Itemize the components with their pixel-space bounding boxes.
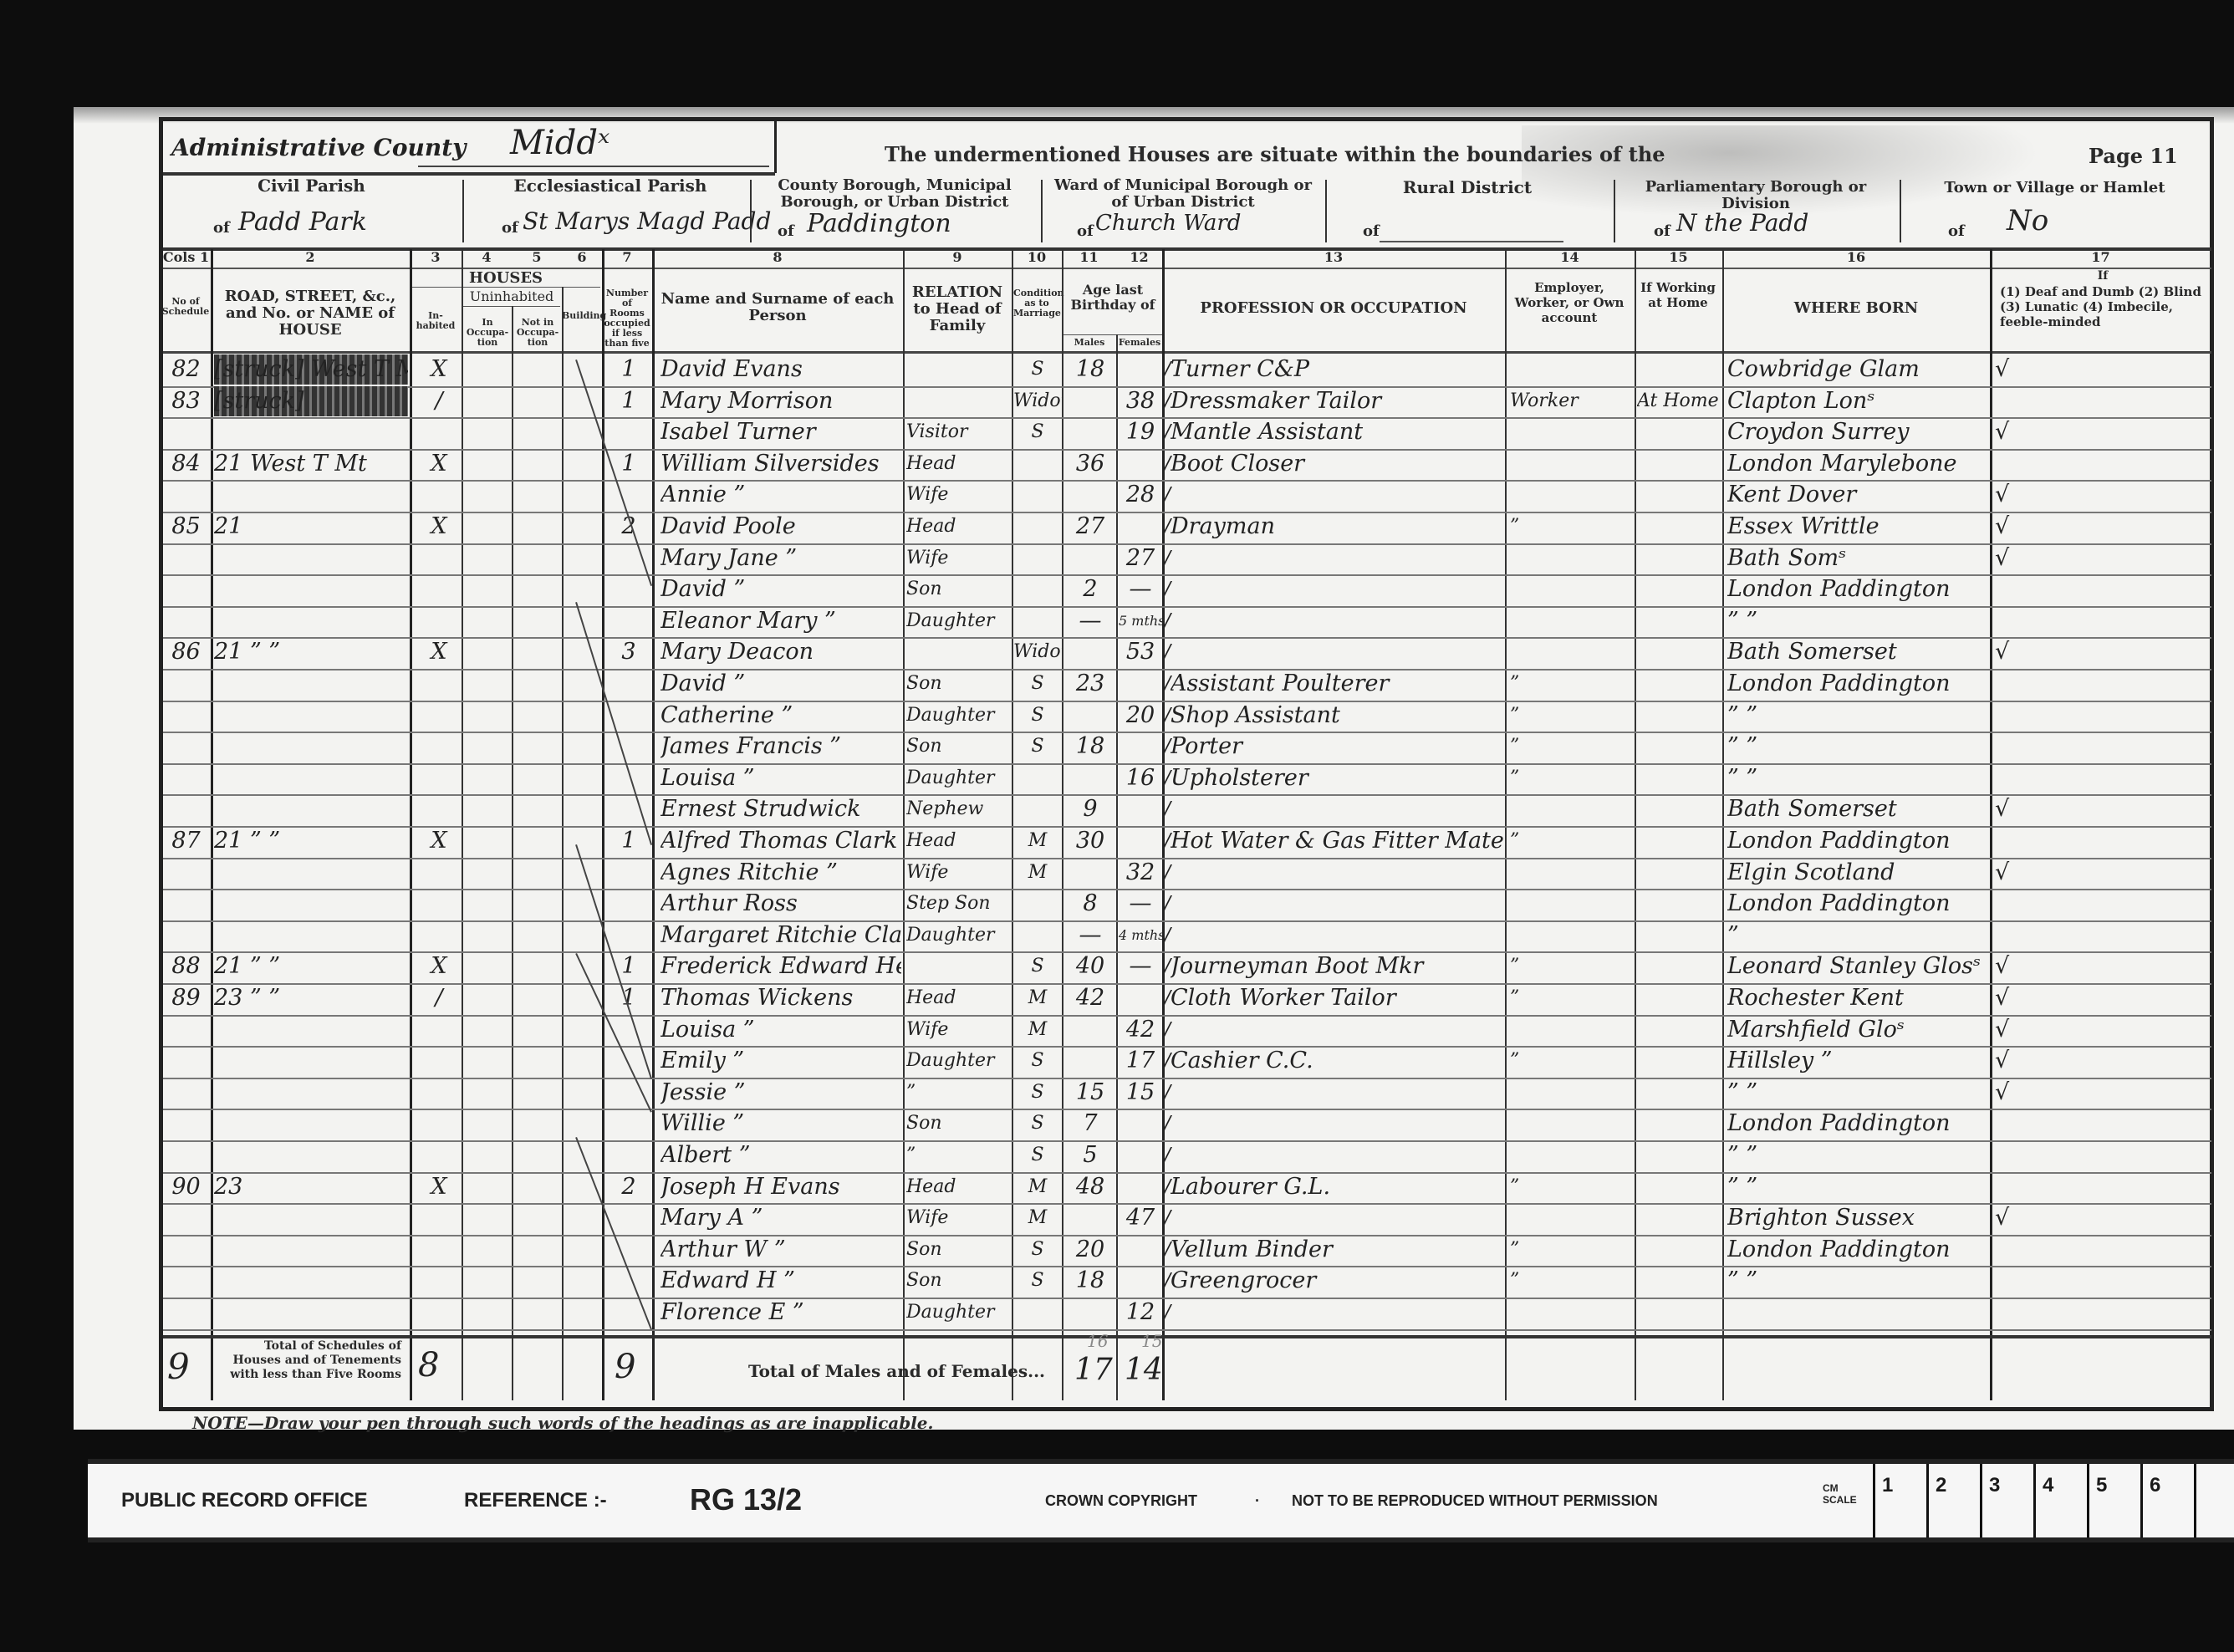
age-male: 7 bbox=[1065, 1109, 1115, 1139]
age-male: 5 bbox=[1065, 1140, 1115, 1170]
total-schedules: 9 bbox=[167, 1346, 190, 1387]
person-name: Catherine ” bbox=[661, 701, 901, 731]
column-number: 16 bbox=[1722, 249, 1990, 265]
header-relation: RELATION to Head of Family bbox=[905, 284, 1010, 334]
employment-status: ” bbox=[1510, 669, 1634, 699]
rural-district-label: Rural District bbox=[1329, 177, 1605, 197]
enumerator-check-icon: / bbox=[1164, 386, 1176, 416]
relation: Daughter bbox=[906, 1298, 1010, 1328]
enumerator-check-icon: / bbox=[1164, 732, 1176, 762]
admin-county-label: Administrative County bbox=[171, 134, 466, 161]
infirmity-tick: √ bbox=[1995, 512, 2045, 542]
cm-scale-mark bbox=[2194, 1464, 2234, 1537]
age-female: — bbox=[1119, 951, 1162, 982]
cm-scale-mark: 4 bbox=[2033, 1464, 2085, 1537]
column-line bbox=[1116, 334, 1118, 1400]
ward-value: Church Ward bbox=[1095, 211, 1241, 236]
of-label: of bbox=[1948, 222, 1965, 240]
infirmity-tick: √ bbox=[1995, 951, 2045, 982]
age-female: 27 bbox=[1119, 543, 1162, 574]
age-male: 30 bbox=[1065, 826, 1115, 856]
person-name: Mary A ” bbox=[661, 1203, 901, 1233]
pro-dot: · bbox=[1255, 1492, 1260, 1510]
employment-status: ” bbox=[1510, 512, 1634, 542]
birthplace: Bath Somerset bbox=[1727, 637, 1990, 667]
age-female: — bbox=[1119, 574, 1162, 604]
relation: Visitor bbox=[906, 417, 1010, 447]
column-line bbox=[1062, 249, 1063, 1400]
of-label: of bbox=[1654, 222, 1670, 240]
employment-status: ” bbox=[1510, 1172, 1634, 1202]
relation: Head bbox=[906, 1172, 1010, 1202]
age-male: 18 bbox=[1065, 1266, 1115, 1296]
marital-condition: S bbox=[1013, 1140, 1062, 1170]
person-name: Annie ” bbox=[661, 480, 901, 510]
enumerator-check-icon: / bbox=[1164, 449, 1176, 479]
person-name: Isabel Turner bbox=[661, 417, 901, 447]
marital-condition: S bbox=[1013, 701, 1062, 731]
person-name: Alfred Thomas Clark bbox=[661, 826, 901, 856]
enumerator-check-icon: / bbox=[1164, 417, 1176, 447]
enumerator-check-icon: / bbox=[1164, 1266, 1176, 1296]
header-females: Females bbox=[1117, 338, 1162, 348]
relation: ” bbox=[906, 1140, 1010, 1170]
of-label: of bbox=[502, 219, 518, 237]
birthplace: Bath Somerset bbox=[1727, 794, 1990, 824]
column-line bbox=[1722, 249, 1724, 1400]
cm-scale-mark: 5 bbox=[2087, 1464, 2139, 1537]
boundaries-text: The undermentioned Houses are situate wi… bbox=[885, 142, 1665, 166]
person-name: Eleanor Mary ” bbox=[661, 606, 901, 636]
enumerator-check-icon: / bbox=[1164, 1015, 1176, 1045]
marital-condition: S bbox=[1013, 417, 1062, 447]
address: 23 bbox=[214, 1172, 408, 1202]
person-name: William Silversides bbox=[661, 449, 901, 479]
birthplace: Cowbridge Glam bbox=[1727, 354, 1990, 385]
enumerator-check-icon: / bbox=[1164, 951, 1176, 982]
birthplace: Rochester Kent bbox=[1727, 983, 1990, 1013]
enumerator-check-icon: / bbox=[1164, 858, 1176, 888]
enumerator-check-icon: / bbox=[1164, 574, 1176, 604]
enumerator-check-icon: / bbox=[1164, 1078, 1176, 1108]
relation: Nephew bbox=[906, 794, 1010, 824]
person-name: Mary Jane ” bbox=[661, 543, 901, 574]
column-number: 14 bbox=[1505, 249, 1635, 265]
relation: Wife bbox=[906, 480, 1010, 510]
enumerator-check-icon: / bbox=[1164, 1203, 1176, 1233]
marital-condition: Widow bbox=[1013, 637, 1062, 667]
inhabited-mark: / bbox=[418, 386, 460, 416]
person-name: Margaret Ritchie Clark bbox=[661, 920, 901, 951]
employment-status: ” bbox=[1510, 1046, 1634, 1076]
infirmity-tick: √ bbox=[1995, 1203, 2045, 1233]
pro-reference-value: RG 13/2 bbox=[690, 1482, 802, 1517]
header-building: Building bbox=[562, 311, 602, 321]
header-if: If bbox=[1992, 269, 2214, 283]
column-number: 10 bbox=[1012, 249, 1062, 265]
person-name: Emily ” bbox=[661, 1046, 901, 1076]
person-name: Mary Morrison bbox=[661, 386, 901, 416]
inhabited-mark: X bbox=[418, 354, 460, 385]
person-name: Edward H ” bbox=[661, 1266, 901, 1296]
infirmity-tick: √ bbox=[1995, 417, 2045, 447]
age-male: 40 bbox=[1065, 951, 1115, 982]
age-female: 5 mths bbox=[1119, 606, 1162, 636]
pro-warning: NOT TO BE REPRODUCED WITHOUT PERMISSION bbox=[1292, 1492, 1658, 1510]
address: [struck] bbox=[214, 386, 408, 416]
inhabited-mark: X bbox=[418, 637, 460, 667]
header-occupation: PROFESSION OR OCCUPATION bbox=[1164, 299, 1503, 317]
age-male: 9 bbox=[1065, 794, 1115, 824]
relation: Head bbox=[906, 826, 1010, 856]
birthplace: ” ” bbox=[1727, 732, 1990, 762]
column-line bbox=[652, 249, 655, 1400]
relation: Head bbox=[906, 449, 1010, 479]
occupation: Turner C&P bbox=[1171, 354, 1503, 385]
schedule-number: 87 bbox=[161, 826, 211, 856]
age-female: 15 bbox=[1119, 1078, 1162, 1108]
enumerator-check-icon: / bbox=[1164, 354, 1176, 385]
column-line bbox=[1635, 249, 1636, 1400]
ecclesiastical-parish-label: Ecclesiastical Parish bbox=[464, 176, 757, 196]
divider bbox=[1041, 180, 1043, 242]
age-female: 28 bbox=[1119, 480, 1162, 510]
age-female: 17 bbox=[1119, 1046, 1162, 1076]
employment-status: ” bbox=[1510, 1266, 1634, 1296]
birthplace: Marshfield Gloˢ bbox=[1727, 1015, 1990, 1045]
note: NOTE—Draw your pen through such words of… bbox=[192, 1413, 934, 1433]
marital-condition: S bbox=[1013, 732, 1062, 762]
infirmity-tick: √ bbox=[1995, 637, 2045, 667]
occupation: Hot Water & Gas Fitter Mate bbox=[1171, 826, 1503, 856]
enumerator-check-icon: / bbox=[1164, 1046, 1176, 1076]
rooms-count: 3 bbox=[607, 637, 650, 667]
age-male: 15 bbox=[1065, 1078, 1115, 1108]
column-line bbox=[410, 249, 412, 1400]
occupation: Porter bbox=[1171, 732, 1503, 762]
column-line bbox=[1505, 249, 1507, 1400]
enumerator-check-icon: / bbox=[1164, 669, 1176, 699]
relation: Son bbox=[906, 574, 1010, 604]
rooms-count: 1 bbox=[607, 826, 650, 856]
of-label: of bbox=[778, 222, 794, 240]
header-where-born: WHERE BORN bbox=[1724, 299, 1988, 317]
inhabited-mark: X bbox=[418, 951, 460, 982]
header-males: Males bbox=[1063, 338, 1115, 348]
county-borough-label: County Borough, Municipal Borough, or Ur… bbox=[752, 177, 1037, 211]
total-males-pencil: 16 bbox=[1087, 1331, 1108, 1351]
person-name: David Poole bbox=[661, 512, 901, 542]
age-female: 38 bbox=[1119, 386, 1162, 416]
address: 21 bbox=[214, 512, 408, 542]
header-houses: HOUSES bbox=[411, 269, 600, 287]
birthplace: London Paddington bbox=[1727, 889, 1990, 919]
marital-condition: M bbox=[1013, 858, 1062, 888]
column-number: 5 bbox=[512, 249, 562, 265]
header-employer: Employer, Worker, or Own account bbox=[1507, 280, 1632, 325]
divider bbox=[1325, 180, 1327, 242]
infirmity-tick: √ bbox=[1995, 983, 2045, 1013]
occupation: Labourer G.L. bbox=[1171, 1172, 1503, 1202]
age-male: 18 bbox=[1065, 354, 1115, 385]
ward-label: Ward of Municipal Borough or of Urban Di… bbox=[1045, 177, 1321, 211]
enumerator-check-icon: / bbox=[1164, 889, 1176, 919]
rooms-count: 2 bbox=[607, 1172, 650, 1202]
totals-divider bbox=[163, 1335, 2211, 1338]
schedule-number: 88 bbox=[161, 951, 211, 982]
marital-condition: M bbox=[1013, 1203, 1062, 1233]
infirmity-tick: √ bbox=[1995, 543, 2045, 574]
person-name: Albert ” bbox=[661, 1140, 901, 1170]
infirmity-tick: √ bbox=[1995, 1046, 2045, 1076]
inhabited-mark: X bbox=[418, 1172, 460, 1202]
age-female: 47 bbox=[1119, 1203, 1162, 1233]
total-inhabited: 8 bbox=[418, 1346, 439, 1384]
birthplace: Brighton Sussex bbox=[1727, 1203, 1990, 1233]
occupation: Drayman bbox=[1171, 512, 1503, 542]
divider bbox=[411, 287, 600, 288]
birthplace: London Paddington bbox=[1727, 826, 1990, 856]
age-female: 16 bbox=[1119, 763, 1162, 793]
relation: Daughter bbox=[906, 606, 1010, 636]
birthplace: ” ” bbox=[1727, 606, 1990, 636]
admin-county-box-edge bbox=[774, 121, 777, 173]
header-address: ROAD, STREET, &c., and No. or NAME of HO… bbox=[213, 288, 407, 339]
infirmity-tick: √ bbox=[1995, 1078, 2045, 1108]
occupation: Upholsterer bbox=[1171, 763, 1503, 793]
relation: Wife bbox=[906, 1203, 1010, 1233]
age-female: 20 bbox=[1119, 701, 1162, 731]
civil-parish-value: Padd Park bbox=[238, 207, 367, 237]
header-bottom bbox=[163, 351, 2211, 354]
person-name: Agnes Ritchie ” bbox=[661, 858, 901, 888]
cm-scale-mark: 6 bbox=[2140, 1464, 2192, 1537]
employment-status: ” bbox=[1510, 701, 1634, 731]
rooms-count: 1 bbox=[607, 354, 650, 385]
infirmity-tick: √ bbox=[1995, 794, 2045, 824]
schedule-number: 82 bbox=[161, 354, 211, 385]
marital-condition: S bbox=[1013, 1046, 1062, 1076]
occupation: Journeyman Boot Mkr bbox=[1171, 951, 1503, 982]
age-male: 18 bbox=[1065, 732, 1115, 762]
age-male: 42 bbox=[1065, 983, 1115, 1013]
column-number: 8 bbox=[652, 249, 903, 265]
relation: Son bbox=[906, 669, 1010, 699]
person-name: Joseph H Evans bbox=[661, 1172, 901, 1202]
marital-condition: M bbox=[1013, 1172, 1062, 1202]
schedule-number: 85 bbox=[161, 512, 211, 542]
occupation: Dressmaker Tailor bbox=[1171, 386, 1503, 416]
person-name: Mary Deacon bbox=[661, 637, 901, 667]
enumerator-check-icon: / bbox=[1164, 920, 1176, 951]
infirmity-tick: √ bbox=[1995, 1015, 2045, 1045]
marital-condition: S bbox=[1013, 1109, 1062, 1139]
birthplace: ” ” bbox=[1727, 1078, 1990, 1108]
schedule-number: 86 bbox=[161, 637, 211, 667]
relation: Head bbox=[906, 512, 1010, 542]
person-name: Louisa ” bbox=[661, 763, 901, 793]
birthplace: ” bbox=[1727, 920, 1990, 951]
divider bbox=[1614, 180, 1615, 242]
age-male: 2 bbox=[1065, 574, 1115, 604]
person-name: Thomas Wickens bbox=[661, 983, 901, 1013]
employment-status: ” bbox=[1510, 826, 1634, 856]
header-working-at-home: If Working at Home bbox=[1636, 280, 1720, 310]
occupation: Assistant Poulterer bbox=[1171, 669, 1503, 699]
enumerator-check-icon: / bbox=[1164, 543, 1176, 574]
birthplace: Kent Dover bbox=[1727, 480, 1990, 510]
schedule-number: 84 bbox=[161, 449, 211, 479]
age-female: 4 mths bbox=[1119, 920, 1162, 951]
marital-condition: Widow bbox=[1013, 386, 1062, 416]
employment-status: ” bbox=[1510, 763, 1634, 793]
column-line bbox=[562, 287, 564, 1400]
enumerator-check-icon: / bbox=[1164, 763, 1176, 793]
relation: Daughter bbox=[906, 701, 1010, 731]
birthplace: Clapton Lonˢ bbox=[1727, 386, 1990, 416]
employment-status: ” bbox=[1510, 732, 1634, 762]
column-line bbox=[462, 249, 463, 1400]
relation: Wife bbox=[906, 543, 1010, 574]
age-male: 36 bbox=[1065, 449, 1115, 479]
schedule-number: 89 bbox=[161, 983, 211, 1013]
address: 21 ” ” bbox=[214, 637, 408, 667]
birthplace: London Paddington bbox=[1727, 1109, 1990, 1139]
cm-scale-mark: 3 bbox=[1980, 1464, 2032, 1537]
employment-status: ” bbox=[1510, 951, 1634, 982]
age-female: 12 bbox=[1119, 1298, 1162, 1328]
enumerator-check-icon: / bbox=[1164, 1235, 1176, 1265]
birthplace: London Paddington bbox=[1727, 1235, 1990, 1265]
person-name: Arthur Ross bbox=[661, 889, 901, 919]
birthplace: Hillsley ” bbox=[1727, 1046, 1990, 1076]
person-name: Jessie ” bbox=[661, 1078, 901, 1108]
person-name: Florence E ” bbox=[661, 1298, 901, 1328]
header-name: Name and Surname of each Person bbox=[661, 291, 895, 324]
age-female: 32 bbox=[1119, 858, 1162, 888]
birthplace: ” ” bbox=[1727, 1172, 1990, 1202]
address: 21 ” ” bbox=[214, 826, 408, 856]
person-name: Ernest Strudwick bbox=[661, 794, 901, 824]
enumerator-check-icon: / bbox=[1164, 606, 1176, 636]
enumerator-check-icon: / bbox=[1164, 1172, 1176, 1202]
cm-scale-mark: 1 bbox=[1873, 1464, 1925, 1537]
column-number: 7 bbox=[602, 249, 652, 265]
pro-copyright: CROWN COPYRIGHT bbox=[1045, 1492, 1197, 1510]
birthplace: Croydon Surrey bbox=[1727, 417, 1990, 447]
total-females: 14 bbox=[1125, 1353, 1163, 1387]
total-schedules-label: Total of Schedules of Houses and of Tene… bbox=[213, 1339, 401, 1382]
pro-reference-label: REFERENCE :- bbox=[464, 1489, 607, 1512]
birthplace: London Marylebone bbox=[1727, 449, 1990, 479]
infirmity-tick: √ bbox=[1995, 354, 2045, 385]
birthplace: ” ” bbox=[1727, 1140, 1990, 1170]
address: [struck] West T Mt bbox=[214, 354, 408, 385]
age-female: 53 bbox=[1119, 637, 1162, 667]
cm-scale-mark: 2 bbox=[1926, 1464, 1978, 1537]
inhabited-mark: X bbox=[418, 512, 460, 542]
column-number: 9 bbox=[903, 249, 1012, 265]
infirmity-tick: √ bbox=[1995, 858, 2045, 888]
occupation: Shop Assistant bbox=[1171, 701, 1503, 731]
header-schedule: No of Schedule bbox=[161, 297, 210, 317]
relation: Son bbox=[906, 732, 1010, 762]
admin-county-value: Middˣ bbox=[510, 124, 610, 162]
enumerator-check-icon: / bbox=[1164, 701, 1176, 731]
total-males-females-label: Total of Males and of Females... bbox=[748, 1361, 1045, 1381]
column-line bbox=[602, 249, 604, 1400]
person-name: David Evans bbox=[661, 354, 901, 385]
occupation: Greengrocer bbox=[1171, 1266, 1503, 1296]
enumerator-check-icon: / bbox=[1164, 480, 1176, 510]
age-male: — bbox=[1065, 606, 1115, 636]
employment-status: Worker bbox=[1510, 386, 1634, 416]
birthplace: ” ” bbox=[1727, 701, 1990, 731]
person-name: Willie ” bbox=[661, 1109, 901, 1139]
rural-district-blank bbox=[1380, 241, 1563, 242]
relation: Wife bbox=[906, 1015, 1010, 1045]
marital-condition: S bbox=[1013, 669, 1062, 699]
marital-condition: S bbox=[1013, 1266, 1062, 1296]
civil-parish-label: Civil Parish bbox=[163, 176, 460, 196]
column-number: 17 bbox=[1990, 249, 2211, 265]
address: 23 ” ” bbox=[214, 983, 408, 1013]
working-at-home: At Home bbox=[1637, 386, 1721, 416]
column-line bbox=[1990, 249, 1992, 1400]
relation: Head bbox=[906, 983, 1010, 1013]
column-line bbox=[211, 249, 213, 1400]
relation: Step Son bbox=[906, 889, 1010, 919]
enumerator-check-icon: / bbox=[1164, 512, 1176, 542]
pro-footer-bar: PUBLIC RECORD OFFICE REFERENCE :- RG 13/… bbox=[88, 1459, 2234, 1542]
total-females-pencil: 15 bbox=[1141, 1331, 1162, 1351]
birthplace: Bath Somˢ bbox=[1727, 543, 1990, 574]
column-number: 4 bbox=[462, 249, 512, 265]
county-borough-value: Paddington bbox=[807, 209, 951, 238]
relation: Son bbox=[906, 1266, 1010, 1296]
employment-status: ” bbox=[1510, 1235, 1634, 1265]
of-label: of bbox=[1363, 222, 1380, 240]
header-uninhabited: Uninhabited bbox=[463, 288, 560, 304]
birthplace: Essex Writtle bbox=[1727, 512, 1990, 542]
row-rule bbox=[163, 1298, 2211, 1299]
inhabited-mark: X bbox=[418, 449, 460, 479]
relation: Daughter bbox=[906, 1046, 1010, 1076]
marital-condition: M bbox=[1013, 983, 1062, 1013]
occupation: Mantle Assistant bbox=[1171, 417, 1503, 447]
relation: ” bbox=[906, 1078, 1010, 1108]
age-female: — bbox=[1119, 889, 1162, 919]
column-number: 11 bbox=[1062, 249, 1116, 265]
divider bbox=[1063, 334, 1162, 335]
total-males: 17 bbox=[1074, 1353, 1113, 1387]
marital-condition: S bbox=[1013, 951, 1062, 982]
admin-county-underline bbox=[418, 166, 769, 167]
age-female: 19 bbox=[1119, 417, 1162, 447]
relation: Son bbox=[906, 1235, 1010, 1265]
of-label: of bbox=[1077, 222, 1094, 240]
age-male: 48 bbox=[1065, 1172, 1115, 1202]
age-male: 23 bbox=[1065, 669, 1115, 699]
employment-status: ” bbox=[1510, 983, 1634, 1013]
person-name: Frederick Edward Head bbox=[661, 951, 901, 982]
total-rooms: 9 bbox=[615, 1348, 635, 1386]
address: 21 ” ” bbox=[214, 951, 408, 982]
header-infirmity: (1) Deaf and Dumb (2) Blind (3) Lunatic … bbox=[2000, 284, 2206, 329]
ecclesiastical-parish-value: St Marys Magd Padd bbox=[523, 207, 771, 235]
person-name: Arthur W ” bbox=[661, 1235, 901, 1265]
column-number: 2 bbox=[211, 249, 410, 265]
